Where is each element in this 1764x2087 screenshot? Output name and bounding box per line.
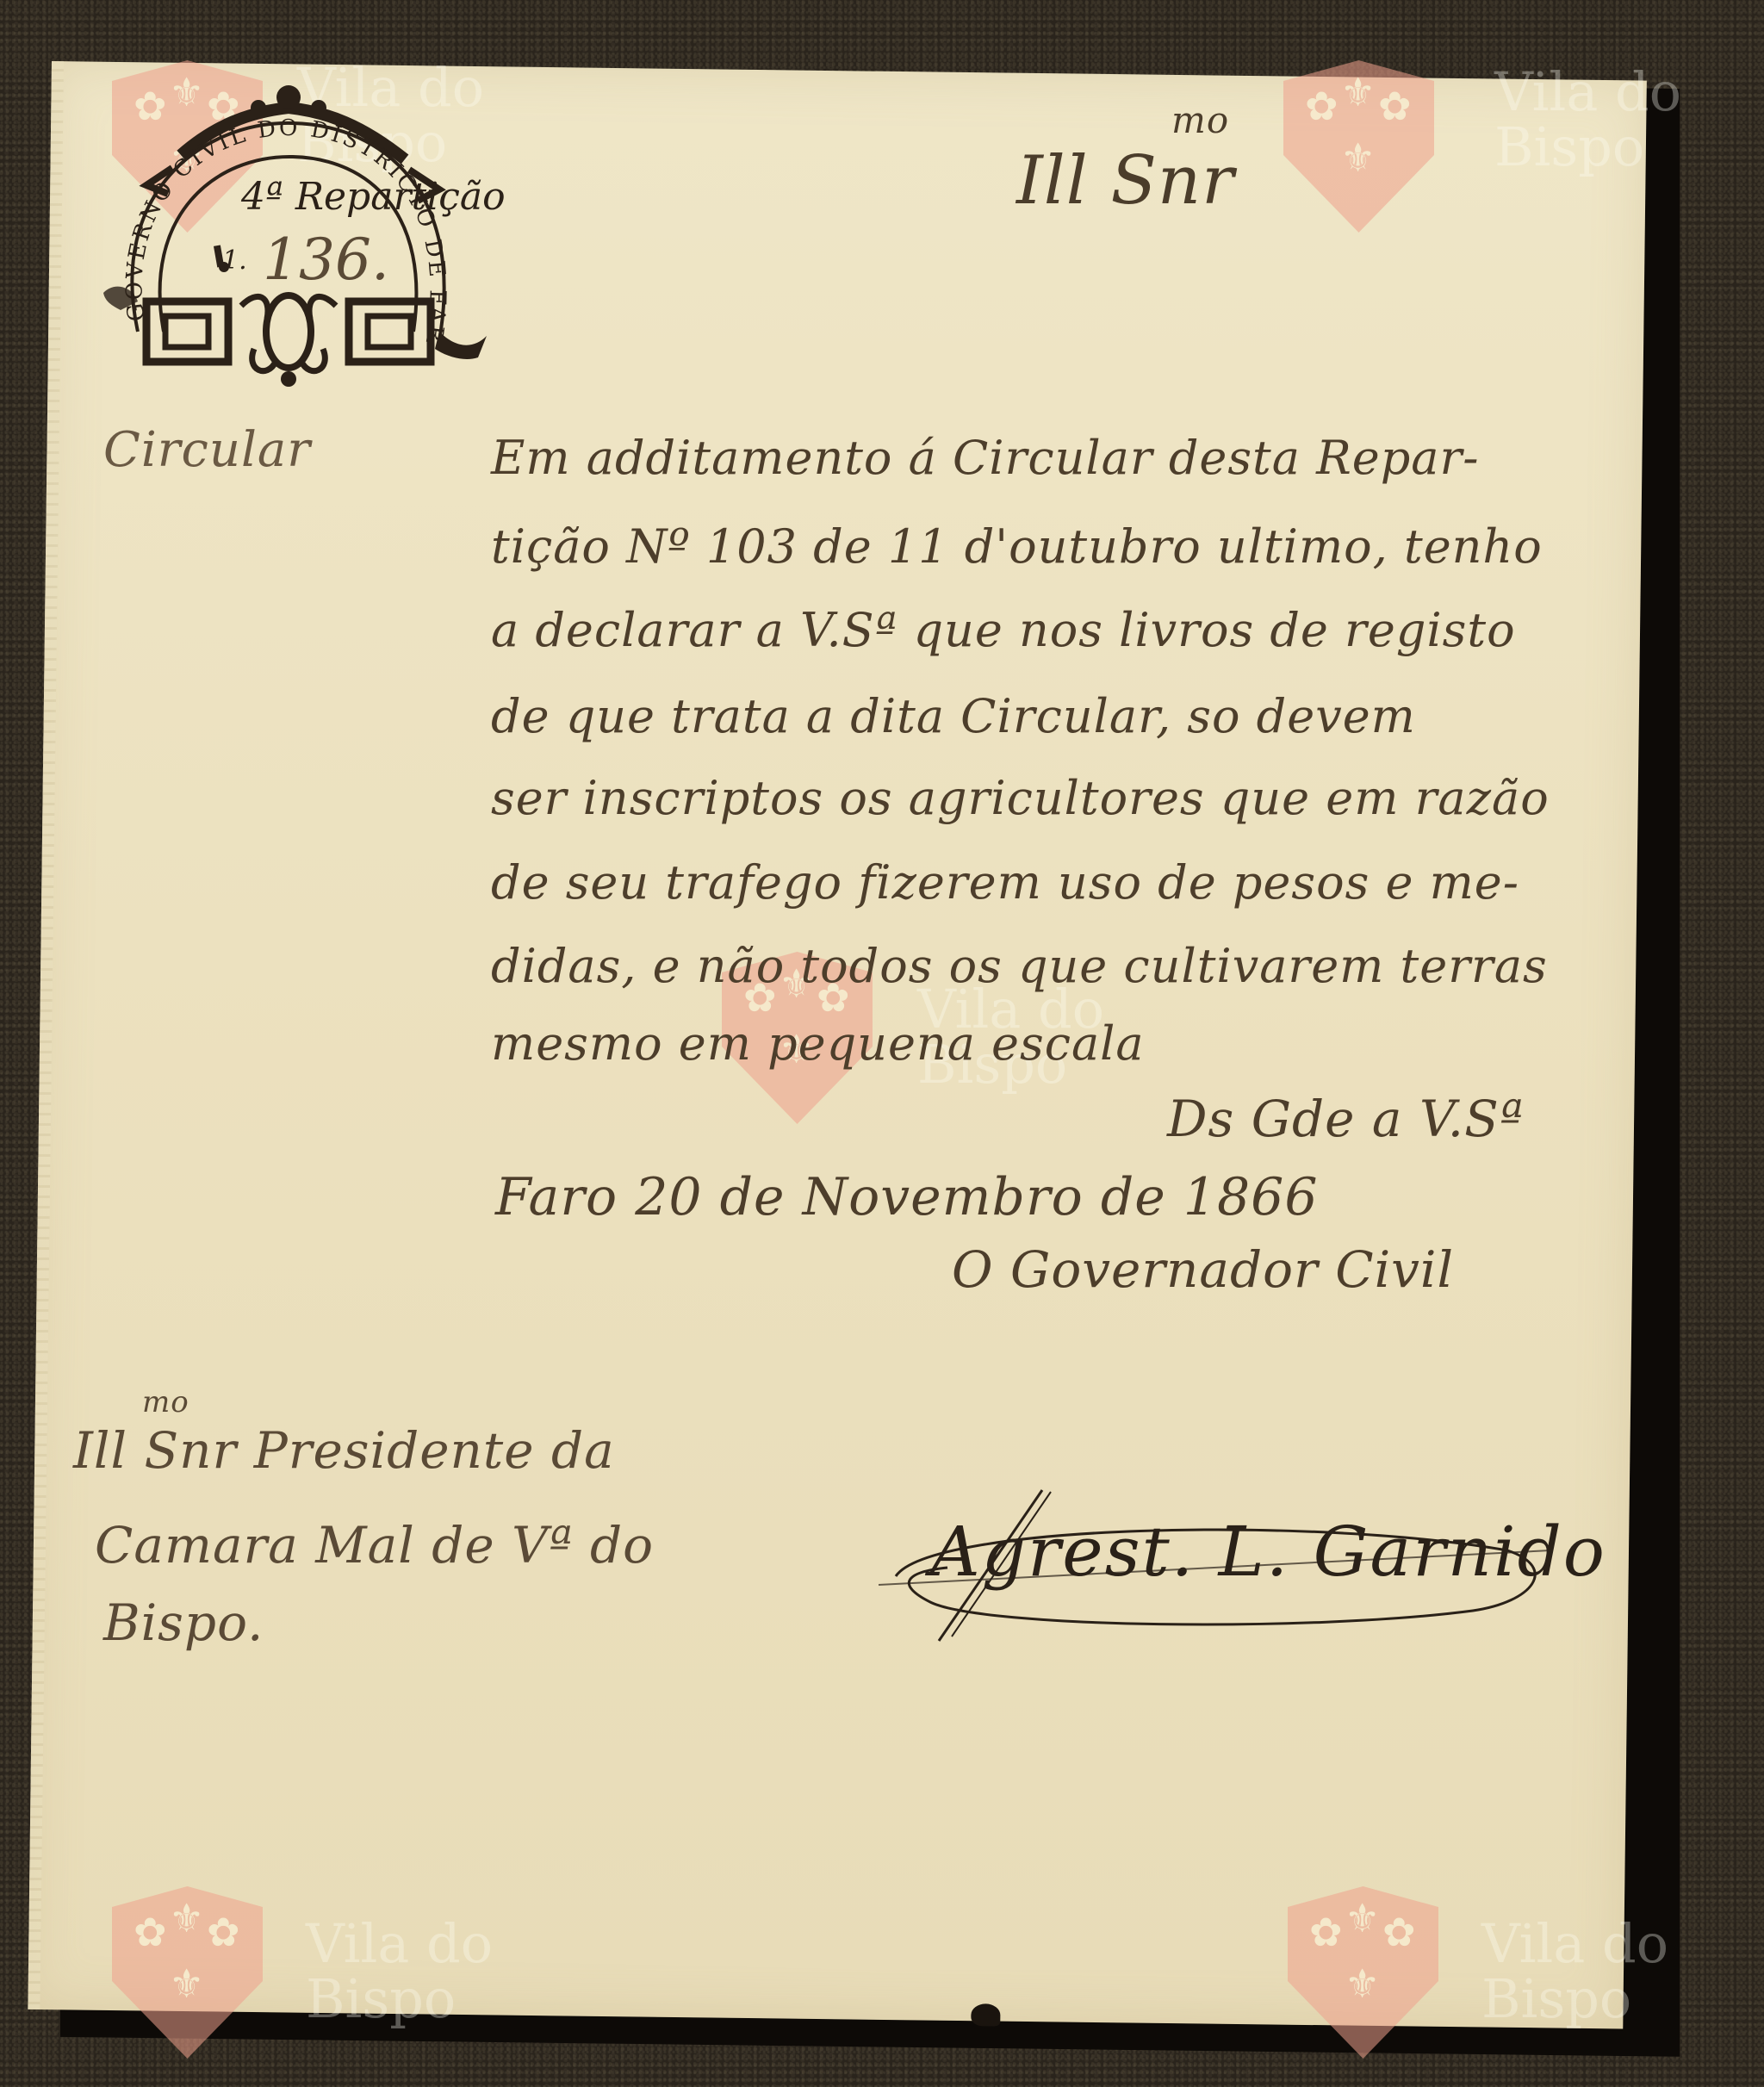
body-line: de seu trafego fizerem uso de pesos e me…: [491, 855, 1519, 910]
salutation: Ill Snr mo: [1016, 142, 1234, 220]
margin-label: Circular: [103, 422, 311, 478]
addressee-line: Camara Mal de Vª do: [95, 1516, 654, 1575]
addressee-text: Ill Snr Presidente da: [73, 1421, 615, 1480]
body-line: mesmo em pequena escala: [491, 1016, 1145, 1071]
body-line: a declarar a V.Sª que nos livros de regi…: [491, 603, 1516, 657]
body-line: tição Nº 103 de 11 d'outubro ultimo, ten…: [491, 519, 1543, 574]
addressee-superscript: mo: [142, 1385, 189, 1419]
closing-text: Ds Gde a V.Sª: [1167, 1090, 1524, 1148]
sender-title: O Governador Civil: [952, 1240, 1454, 1299]
date-line: Faro 20 de Novembro de 1866: [495, 1167, 1319, 1227]
salutation-superscript: mo: [1171, 99, 1229, 141]
signature: Agrest. L. Garnido: [879, 1481, 1550, 1645]
body-line: de que trata a dita Circular, so devem: [491, 689, 1416, 743]
body-line: didas, e não todos os que cultivarem ter…: [491, 939, 1548, 993]
signature-text: Agrest. L. Garnido: [930, 1512, 1606, 1592]
salutation-text: Ill Snr: [1016, 142, 1234, 220]
stamp-number: 136.: [263, 227, 389, 293]
body-line: ser inscriptos os agricultores que em ra…: [491, 771, 1550, 825]
body-line: Em additamento á Circular desta Repar-: [491, 431, 1480, 485]
closing-formula: Ds Gde a V.Sª: [1167, 1090, 1524, 1148]
government-stamp: GOVERNO CIVIL DO DISTRICTO DE FARO 4ª Re…: [86, 73, 491, 392]
stamp-number-prefix: 1.: [222, 245, 247, 276]
addressee-line: Ill Snr Presidente da mo: [73, 1421, 615, 1480]
paper-notch: [971, 2003, 1000, 2026]
stamp-section: 4ª Repartição: [241, 175, 506, 219]
addressee-line: Bispo.: [103, 1593, 264, 1652]
